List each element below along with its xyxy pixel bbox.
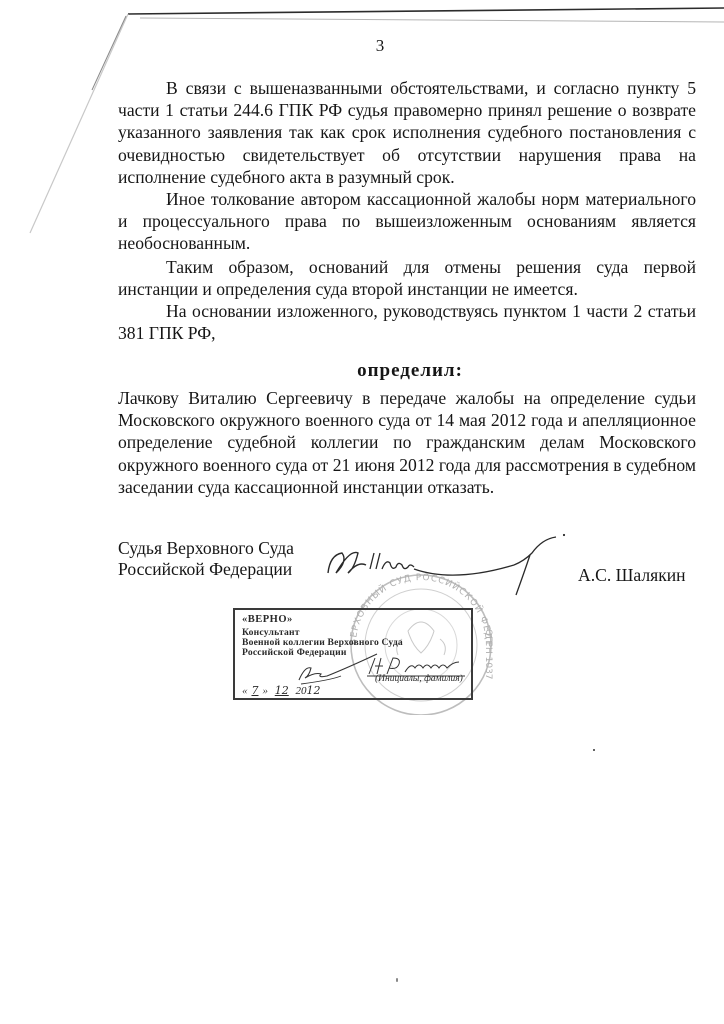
- paragraph-text: Таким образом, оснований для отмены реше…: [118, 256, 696, 300]
- paragraph-4: На основании изложенного, руководствуясь…: [118, 300, 696, 344]
- decision-heading: определил:: [0, 360, 724, 382]
- paragraph-1: В связи с вышеназванными обстоятельствам…: [118, 77, 696, 188]
- paragraph-2: Иное толкование автором кассационной жал…: [118, 188, 696, 255]
- judge-signature: [318, 525, 578, 605]
- judge-title: Судья Верховного Суда Российской Федерац…: [118, 538, 294, 580]
- date-year-prefix: 20: [296, 685, 307, 697]
- date-open-quote: «: [242, 685, 248, 697]
- judge-title-line-1: Судья Верховного Суда: [118, 538, 294, 559]
- decision-paragraph: Лачкову Виталию Сергеевичу в передаче жа…: [118, 387, 696, 498]
- stamp-verno: «ВЕРНО»: [242, 614, 293, 625]
- page-number: 3: [0, 36, 724, 56]
- decision-text: Лачкову Виталию Сергеевичу в передаче жа…: [118, 387, 696, 498]
- scan-speck: [593, 749, 595, 751]
- paragraph-text: Иное толкование автором кассационной жал…: [118, 188, 696, 255]
- paragraph-3: Таким образом, оснований для отмены реше…: [118, 256, 696, 300]
- paragraph-text: В связи с вышеназванными обстоятельствам…: [118, 77, 696, 188]
- date-close-quote: »: [263, 685, 269, 697]
- paragraph-text: На основании изложенного, руководствуясь…: [118, 300, 696, 344]
- certification-stamp: «ВЕРНО» Консультант Военной коллегии Вер…: [233, 608, 473, 700]
- date-day: 7: [248, 684, 263, 697]
- judge-name: А.С. Шалякин: [578, 565, 686, 586]
- stamp-initials-caption: (Инициалы, фамилия): [375, 674, 463, 684]
- seal-side-text: ОГРН 1037: [483, 629, 493, 680]
- judge-title-line-2: Российской Федерации: [118, 559, 294, 580]
- stamp-date: «7» 12 2012: [242, 684, 321, 697]
- date-month: 12: [271, 684, 293, 697]
- scan-speck: [396, 978, 398, 982]
- date-year-suffix: 12: [307, 684, 321, 697]
